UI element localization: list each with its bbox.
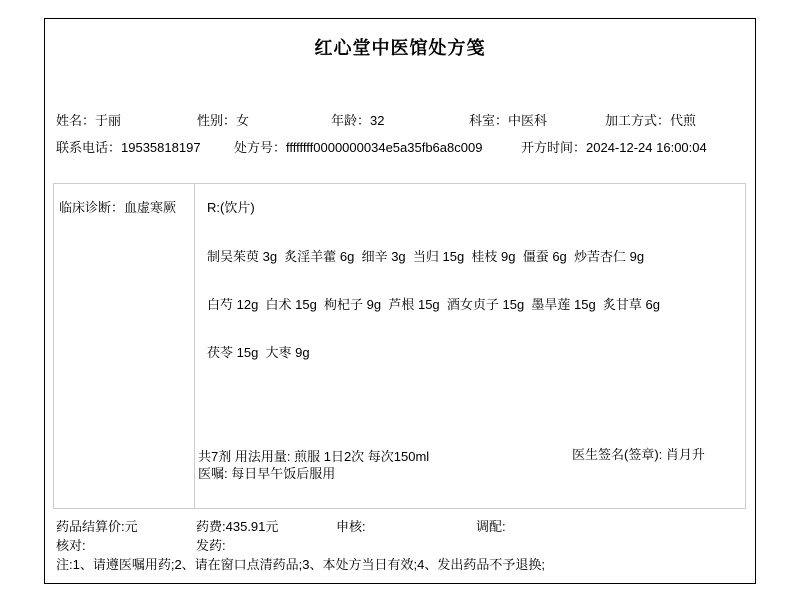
advice-label: 医嘱: bbox=[198, 466, 228, 481]
patient-age-label: 年龄： bbox=[331, 113, 370, 128]
patient-gender-value: 女 bbox=[236, 113, 249, 128]
diagnosis-value: 血虚寒厥 bbox=[124, 200, 176, 215]
dispense-prep-label: 调配: bbox=[476, 519, 506, 534]
patient-department-field: 科室：中医科 bbox=[469, 110, 547, 129]
advice-value: 每日早午饭后服用 bbox=[231, 466, 335, 481]
prescription-sheet: 红心堂中医馆处方笺 姓名：于丽 性别：女 年龄：32 科室：中医科 加工方式：代… bbox=[44, 18, 756, 584]
dispense-label: 发药: bbox=[196, 538, 226, 553]
check-label: 核对: bbox=[56, 538, 86, 553]
page-title: 红心堂中医馆处方笺 bbox=[45, 34, 755, 60]
issue-time-field: 开方时间：2024-12-24 16:00:04 bbox=[521, 137, 707, 156]
patient-department-value: 中医科 bbox=[508, 113, 547, 128]
settlement-price-value: 元 bbox=[125, 519, 138, 534]
medicine-fee-field: 药费:435.91元 bbox=[196, 516, 278, 535]
patient-gender-field: 性别：女 bbox=[197, 110, 249, 129]
settlement-price-label: 药品结算价: bbox=[56, 519, 125, 534]
rx-header: R:(饮片) bbox=[207, 197, 255, 216]
review-label: 申核: bbox=[336, 519, 366, 534]
total-doses: 共7剂 bbox=[198, 449, 231, 464]
prescription-table: 临床诊断：血虚寒厥 R:(饮片) 制吴茱萸 3g 炙淫羊藿 6g 细辛 3g 当… bbox=[53, 183, 746, 509]
processing-method-field: 加工方式：代煎 bbox=[605, 110, 696, 129]
prescription-number-value: ffffffff0000000034e5a35fb6a8c009 bbox=[286, 140, 482, 155]
advice-line: 医嘱: 每日早午饭后服用 bbox=[198, 463, 335, 482]
prescription-number-field: 处方号：ffffffff0000000034e5a35fb6a8c009 bbox=[234, 137, 482, 156]
settlement-price-field: 药品结算价:元 bbox=[56, 516, 138, 535]
doctor-signature-field: 医生签名(签章): 肖月升 bbox=[572, 446, 722, 463]
footer-note: 注:1、请遵医嘱用药;2、请在窗口点清药品;3、本处方当日有效;4、发出药品不予… bbox=[56, 554, 545, 573]
phone-label: 联系电话： bbox=[56, 140, 121, 155]
issue-time-label: 开方时间： bbox=[521, 140, 586, 155]
dispense-prep-field: 调配: bbox=[476, 516, 506, 535]
issue-time-value: 2024-12-24 16:00:04 bbox=[586, 140, 707, 155]
check-field: 核对: bbox=[56, 535, 86, 554]
medicine-fee-label: 药费: bbox=[196, 519, 226, 534]
medication-line: 白芍 12g 白术 15g 枸杞子 9g 芦根 15g 酒女贞子 15g 墨旱莲… bbox=[207, 294, 727, 313]
dispense-field: 发药: bbox=[196, 535, 226, 554]
doctor-signature-label: 医生签名(签章): bbox=[572, 447, 662, 462]
usage-value: 煎服 1日2次 每次150ml bbox=[294, 449, 429, 464]
patient-name-value: 于丽 bbox=[95, 113, 121, 128]
diagnosis-cell: 临床诊断：血虚寒厥 bbox=[54, 184, 195, 508]
diagnosis-label: 临床诊断： bbox=[59, 200, 124, 215]
review-field: 申核: bbox=[336, 516, 366, 535]
medication-line: 制吴茱萸 3g 炙淫羊藿 6g 细辛 3g 当归 15g 桂枝 9g 僵蚕 6g… bbox=[207, 246, 727, 265]
patient-age-field: 年龄：32 bbox=[331, 110, 384, 129]
phone-field: 联系电话：19535818197 bbox=[56, 137, 201, 156]
prescription-number-label: 处方号： bbox=[234, 140, 286, 155]
diagnosis-field: 临床诊断：血虚寒厥 bbox=[59, 197, 176, 216]
doctor-signature-value: 肖月升 bbox=[666, 447, 705, 462]
patient-name-field: 姓名：于丽 bbox=[56, 110, 121, 129]
patient-name-label: 姓名： bbox=[56, 113, 95, 128]
usage-label: 用法用量: bbox=[235, 449, 291, 464]
medication-line: 茯苓 15g 大枣 9g bbox=[207, 342, 727, 361]
patient-department-label: 科室： bbox=[469, 113, 508, 128]
medicine-fee-value: 435.91元 bbox=[226, 519, 279, 534]
patient-gender-label: 性别： bbox=[197, 113, 236, 128]
phone-value: 19535818197 bbox=[121, 140, 201, 155]
processing-method-value: 代煎 bbox=[670, 113, 696, 128]
processing-method-label: 加工方式： bbox=[605, 113, 670, 128]
patient-age-value: 32 bbox=[370, 113, 384, 128]
